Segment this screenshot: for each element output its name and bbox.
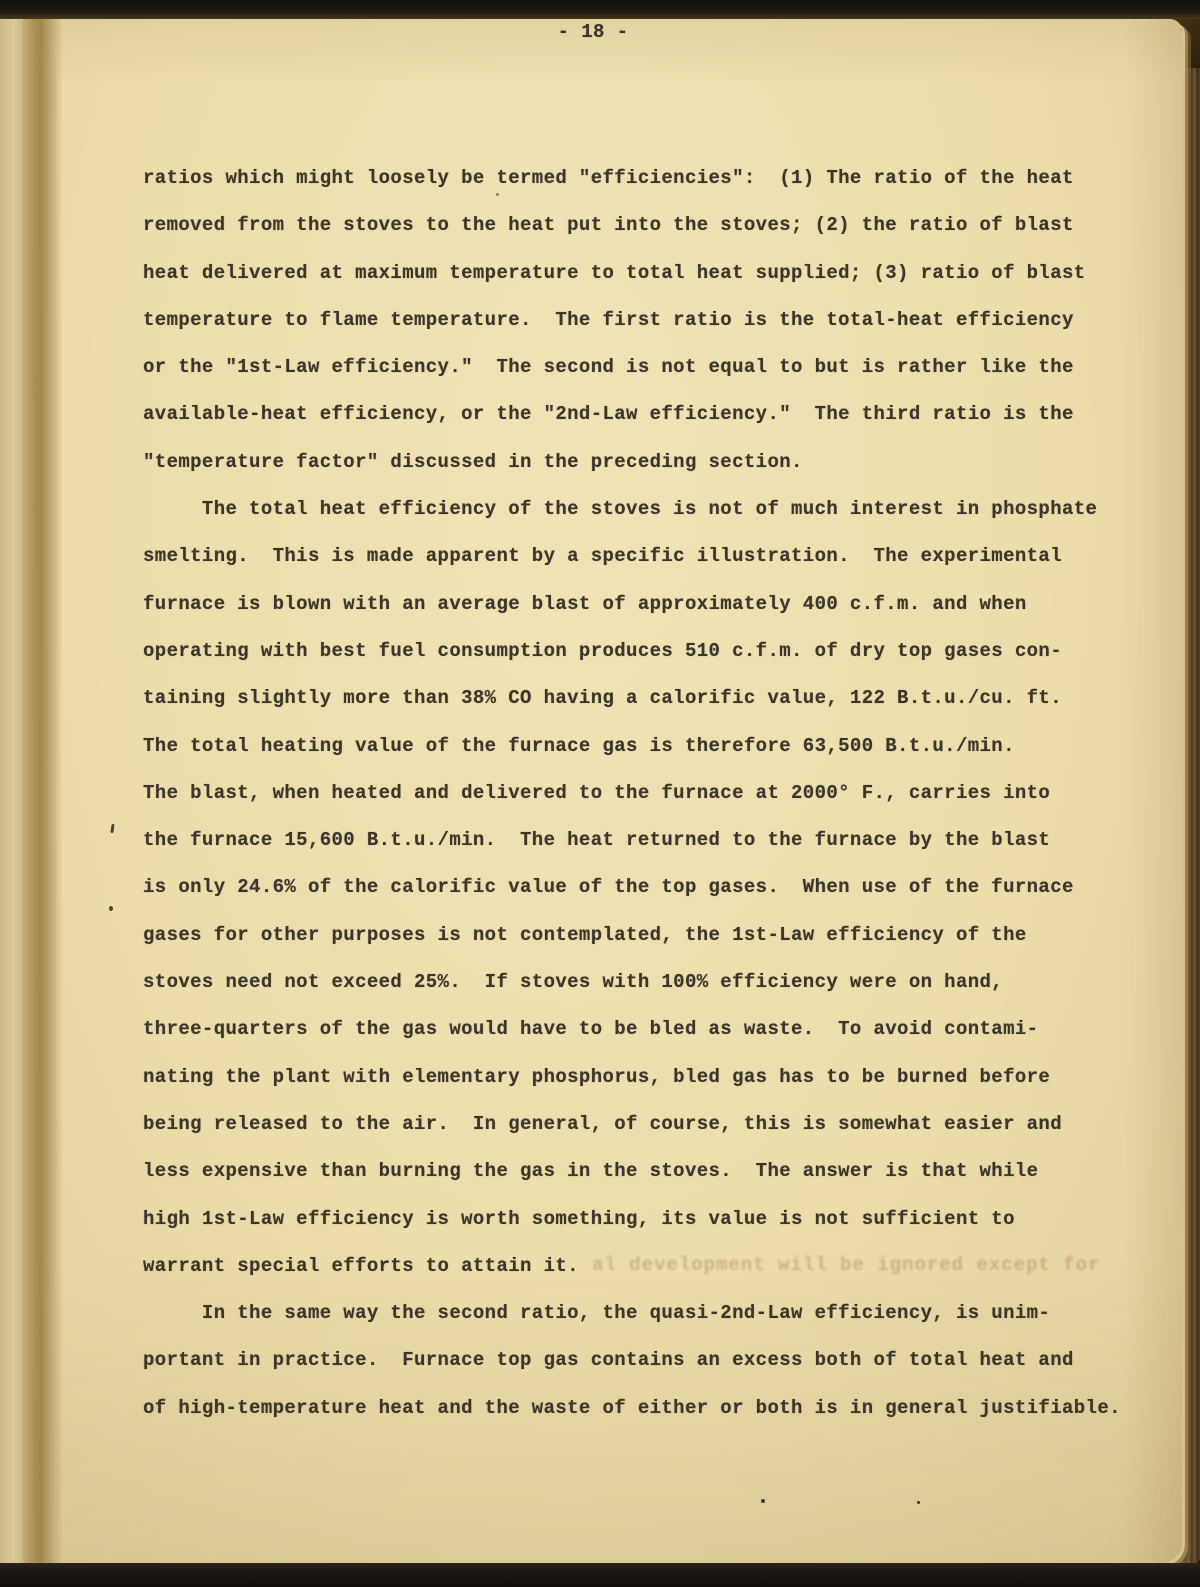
text-line: removed from the stoves to the heat put … — [143, 202, 1153, 249]
spine-shadow — [23, 19, 63, 1563]
binding-top — [0, 0, 1200, 19]
text-line: ratios which might loosely be termed "ef… — [143, 155, 1153, 202]
text-line: available-heat efficiency, or the "2nd-L… — [143, 391, 1153, 438]
text-line: furnace is blown with an average blast o… — [143, 581, 1153, 628]
text-line: The total heat efficiency of the stoves … — [143, 486, 1153, 533]
text-line: the furnace 15,600 B.t.u./min. The heat … — [143, 817, 1153, 864]
text-line: being released to the air. In general, o… — [143, 1101, 1153, 1148]
text-line: nating the plant with elementary phospho… — [143, 1054, 1153, 1101]
text-line: three-quarters of the gas would have to … — [143, 1006, 1153, 1053]
text-line: The blast, when heated and delivered to … — [143, 770, 1153, 817]
text-line: portant in practice. Furnace top gas con… — [143, 1337, 1153, 1384]
scanned-book-page: - 18 - ratios which might loosely be ter… — [0, 0, 1200, 1587]
text-line: stoves need not exceed 25%. If stoves wi… — [143, 959, 1153, 1006]
binding-bottom — [0, 1563, 1200, 1587]
text-line: temperature to flame temperature. The fi… — [143, 297, 1153, 344]
text-line: In the same way the second ratio, the qu… — [143, 1290, 1153, 1337]
text-line: is only 24.6% of the calorific value of … — [143, 864, 1153, 911]
ink-speck — [496, 193, 499, 196]
page-number: - 18 - — [143, 21, 1043, 43]
text-line: "temperature factor" discussed in the pr… — [143, 439, 1153, 486]
text-line: heat delivered at maximum temperature to… — [143, 250, 1153, 297]
text-line: smelting. This is made apparent by a spe… — [143, 533, 1153, 580]
bleed-through-text: al development will be ignored except fo… — [592, 1254, 1172, 1276]
text-line: of high-temperature heat and the waste o… — [143, 1385, 1153, 1432]
ink-speck — [761, 1499, 765, 1503]
text-line: operating with best fuel consumption pro… — [143, 628, 1153, 675]
text-line: or the "1st-Law efficiency." The second … — [143, 344, 1153, 391]
previous-page-edge — [0, 19, 25, 1565]
text-line: high 1st-Law efficiency is worth somethi… — [143, 1196, 1153, 1243]
text-line: The total heating value of the furnace g… — [143, 723, 1153, 770]
text-line: less expensive than burning the gas in t… — [143, 1148, 1153, 1195]
text-line: gases for other purposes is not contempl… — [143, 912, 1153, 959]
text-block: ratios which might loosely be termed "ef… — [143, 155, 1153, 1432]
ink-speck — [917, 1501, 920, 1504]
ink-speck — [109, 906, 113, 911]
text-line: taining slightly more than 38% CO having… — [143, 675, 1153, 722]
